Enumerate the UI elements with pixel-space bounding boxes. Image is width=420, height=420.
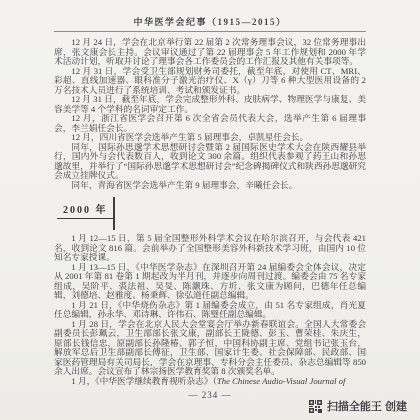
- page-number: — 234 —: [189, 390, 232, 400]
- camscanner-watermark: 扫描全能王 创建: [309, 398, 407, 414]
- year-section-marker: 2000 年: [57, 200, 114, 219]
- body-text-2000: 1 月 12—15 日，第 5 届全国整形外科学术会议在哈尔滨召开，与会代表 4…: [54, 234, 366, 386]
- paragraph: 同年，青海省医学会选举产生第 9 届理事会，辛曦任会长。: [54, 181, 366, 191]
- journal-title-cn: 1 月，《中华医学继续教育视听杂志》（: [71, 376, 217, 386]
- paragraph: 12 月 24 日，学会在北京举行第 22 届第 2 次常务理事会议，32 位常…: [54, 38, 366, 67]
- header-divider: [54, 31, 366, 32]
- paragraph: 1 月 13—15 日，《中华医学杂志》在深圳召开第 24 届编委会全体会议，决…: [54, 263, 366, 301]
- year-label: 2000 年: [63, 205, 108, 216]
- paragraph: 1 月 28 日，学会在北京人民大会堂宴会厅举办新春联谊会。全国人大常委会副委员…: [54, 320, 366, 377]
- paragraph: 12 月 31 日，学会受卫生部规划财务司委托，截至年底，对使用 CT、MRI、…: [54, 67, 366, 96]
- paragraph: 1 月 12—15 日，第 5 届全国整形外科学术会议在哈尔滨召开，与会代表 4…: [54, 234, 366, 263]
- paragraph: 1 月 21 日，《中华烧伤杂志》第 1 届编委会成立，由 51 名专家组成，肖…: [54, 301, 366, 320]
- scanned-page: 中华医学会纪事（1915—2015） 12 月 24 日，学会在北京举行第 22…: [0, 0, 420, 420]
- year-section-marker-row: 2000 年: [0, 190, 420, 228]
- year-marker-line: [113, 197, 115, 230]
- paragraph-truncated: 1 月，《中华医学继续教育视听杂志》（The Chinese Audio-Vis…: [54, 377, 366, 387]
- paragraph: 同年，国际孙思邈学术思想研讨会暨第 2 届国际医史学术大会在陕西耀县举行，国内外…: [54, 143, 366, 181]
- book-title: 中华医学会纪事（1915—2015）: [0, 0, 420, 28]
- journal-title-en: The Chinese Audio-Visual Journal of: [217, 376, 346, 386]
- watermark-label: 扫描全能王 创建: [327, 398, 407, 414]
- page-header: 中华医学会纪事（1915—2015）: [0, 0, 420, 32]
- paragraph: 12 月 31 日，截至年底，学会完成整形外科、皮肤病学、物理医学与康复、美容美…: [54, 95, 366, 114]
- qr-code-icon: [309, 400, 322, 413]
- paragraph: 12 月，浙江省医学会召开第 6 次全省会员代表大会，选举产生第 6 届理事会，…: [54, 114, 366, 133]
- body-text-1999: 12 月 24 日，学会在北京举行第 22 届第 2 次常务理事会议，32 位常…: [54, 38, 366, 190]
